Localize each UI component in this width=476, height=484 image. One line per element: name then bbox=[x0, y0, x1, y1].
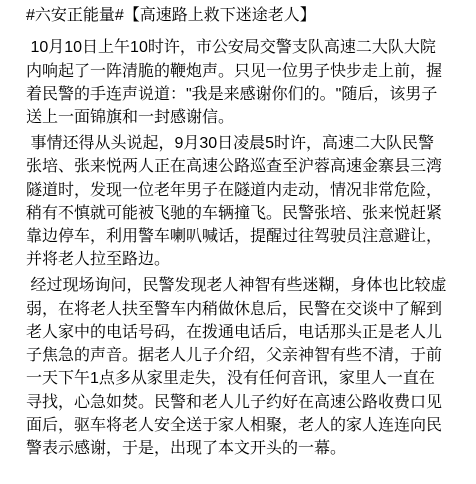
article: #六安正能量#【高速路上救下迷途老人】 10月10日上午10时许，市公安局交警支… bbox=[0, 0, 476, 461]
article-paragraph: 事情还得从头说起，9月30日凌晨5时许，高速二大队民警张培、张来悦两人正在高速公… bbox=[26, 132, 450, 272]
article-paragraph: 经过现场询问，民警发现老人神智有些迷糊，身体也比较虚弱，在将老人扶至警车内稍做休… bbox=[26, 274, 450, 460]
article-paragraph: 10月10日上午10时许，市公安局交警支队高速二大队大院内响起了一阵清脆的鞭炮声… bbox=[26, 36, 450, 129]
article-title: #六安正能量#【高速路上救下迷途老人】 bbox=[26, 4, 450, 27]
